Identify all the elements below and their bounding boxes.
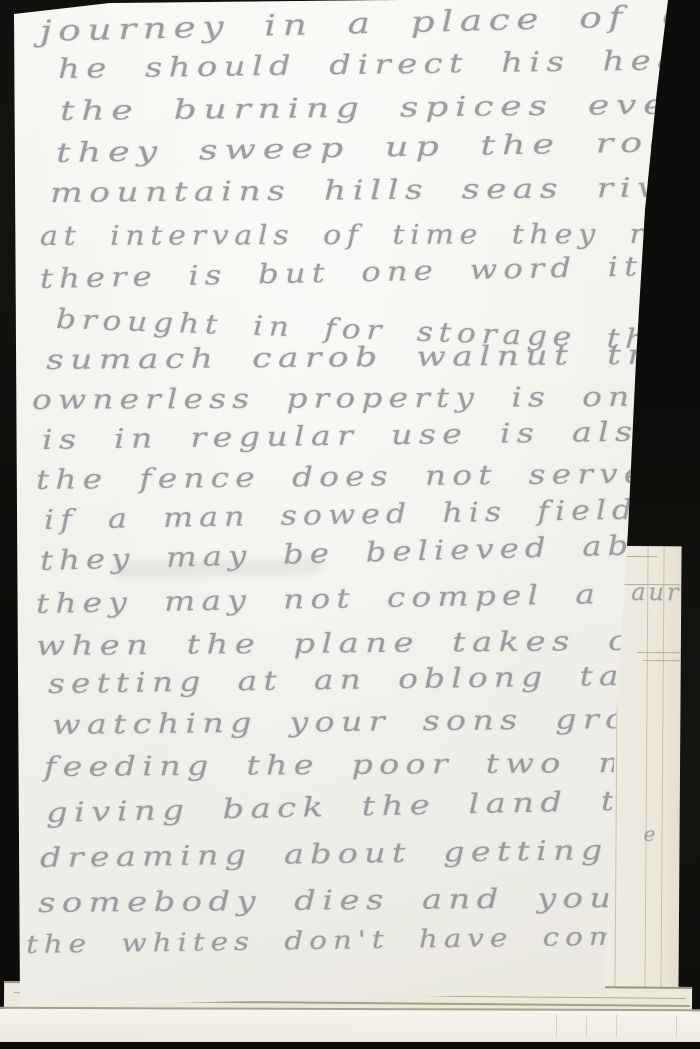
page-edge-line (643, 660, 681, 661)
handwritten-line: somebody dies and you don't (38, 882, 700, 919)
handwritten-line: when the plane takes off (36, 625, 673, 662)
page-edge-line (676, 1015, 677, 1037)
handwritten-line: is in regular use is also a (42, 415, 700, 455)
handwritten-line: the fence does not serve as a (36, 457, 700, 496)
page-edge-line (660, 546, 664, 998)
page-edge-line (586, 1015, 587, 1037)
page-edge-line (616, 1015, 617, 1037)
notebook-photo: aur e journey in a place of danger he sh… (0, 0, 700, 1049)
handwritten-line: watching your sons grow (52, 704, 667, 741)
handwritten-line: journey in a place of danger (40, 0, 700, 48)
handwritten-line: the burning spices even (60, 89, 700, 127)
notebook-page: journey in a place of danger he should d… (0, 0, 700, 1049)
handwritten-line: feeding the poor two meals (44, 747, 700, 783)
handwritten-line: he should direct his heart (58, 45, 700, 85)
handwritten-line: ownerless property is on the (32, 381, 700, 416)
page-edge-fragment: e (643, 822, 658, 846)
handwritten-line: they may not compel a man (36, 577, 700, 620)
pencil-smudge (112, 558, 322, 578)
handwritten-line: mountains hills seas rivers (50, 172, 700, 209)
handwritten-line: they may be believed about (40, 529, 700, 577)
page-edge-fragment: aur (631, 578, 681, 606)
handwritten-line: if a man sowed his field —— (44, 493, 700, 536)
handwritten-line: brought in for storage through (55, 304, 700, 360)
handwritten-line: there is but one word it says (40, 249, 700, 295)
handwritten-line: dreaming about getting cash (40, 833, 700, 874)
page-edge-line (637, 652, 681, 653)
page-edge-line (556, 1015, 557, 1037)
handwritten-line: giving back the land to the (46, 783, 700, 829)
background-edge (0, 1042, 700, 1049)
handwritten-line: setting at an oblong table (48, 660, 694, 700)
handwritten-line: at intervals of time they rejoin (40, 219, 700, 252)
handwritten-line: the whites don't have common sense (26, 919, 700, 959)
handwritten-line: they sweep up the room (56, 126, 700, 169)
handwritten-line: sumach carob walnut trees (46, 339, 700, 376)
page-edge-line (644, 546, 648, 998)
